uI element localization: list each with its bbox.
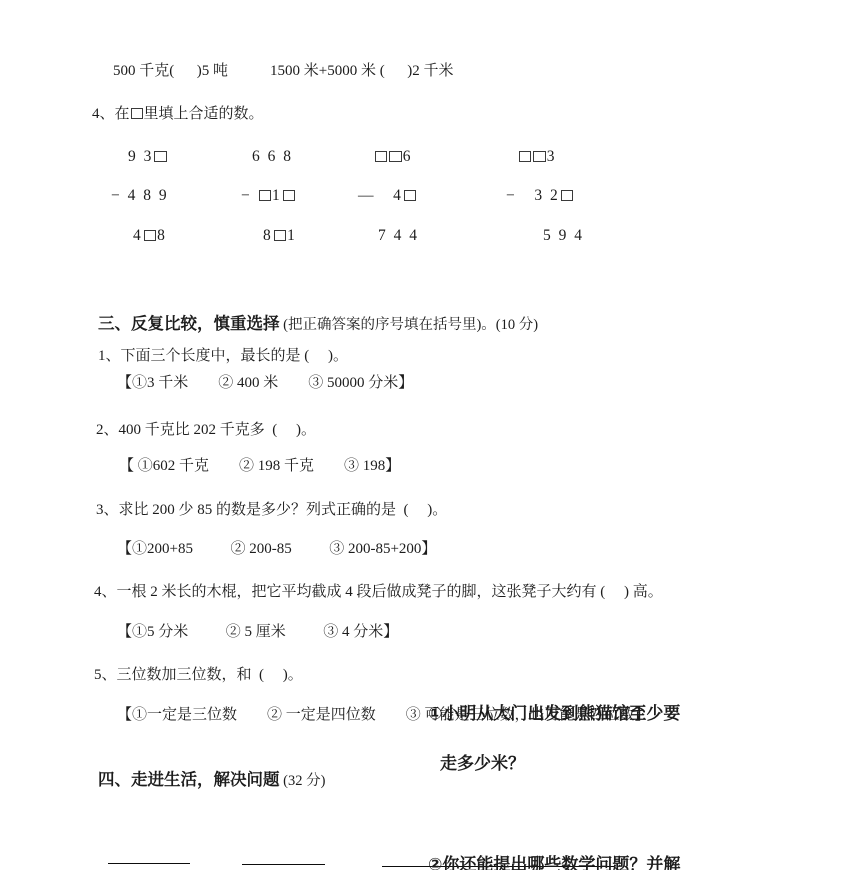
question-1-text: 1、下面三个长度中，最长的是 ( )。 bbox=[98, 346, 348, 366]
section4-heading: 四、走进生活，解决问题 (32 分) bbox=[82, 748, 325, 808]
question-1-options: 【①3 千米 ② 400 米 ③ 50000 分米】 bbox=[117, 373, 413, 393]
section3-subtitle: (把正确答案的序号填在括号里)。(10 分) bbox=[280, 317, 539, 333]
problem-1-difference: 48 bbox=[133, 226, 167, 246]
problem-3-minuend: 6 bbox=[374, 147, 413, 167]
problem-4-difference: 5 9 4 bbox=[543, 226, 584, 246]
problem-1-subtrahend: − 4 8 9 bbox=[111, 186, 169, 206]
overlay-problem1-line2: 走多少米？ bbox=[440, 753, 525, 775]
question-4-text: 4、一根 2 米长的木棍，把它平均截成 4 段后做成凳子的脚，这张凳子大约有 (… bbox=[94, 582, 663, 602]
section3-heading: 三、反复比较，慎重选择 (把正确答案的序号填在括号里)。(10 分) bbox=[82, 292, 538, 352]
question-2-options: 【 ①602 千克 ② 198 千克 ③ 198】 bbox=[119, 456, 400, 476]
fill-boxes-prompt: 4、在里填上合适的数。 bbox=[92, 104, 264, 124]
fill-box bbox=[375, 151, 387, 162]
problem-4-subtrahend: − 3 2 bbox=[506, 186, 574, 206]
section4-title: 四、走进生活，解决问题 bbox=[98, 771, 280, 789]
answer-blank-line-1 bbox=[108, 863, 190, 864]
problem-3-difference: 7 4 4 bbox=[378, 226, 419, 246]
section3-title: 三、反复比较，慎重选择 bbox=[98, 315, 280, 333]
fill-box bbox=[131, 108, 143, 119]
fill-box bbox=[519, 151, 531, 162]
fill-box bbox=[283, 190, 295, 201]
problem-2-subtrahend: − 1 bbox=[241, 186, 296, 206]
fill-box bbox=[561, 190, 573, 201]
question-3-options: 【①200+85 ② 200-85 ③ 200-85+200】 bbox=[117, 539, 436, 559]
section4-score: (32 分) bbox=[280, 773, 326, 789]
fill-box bbox=[533, 151, 545, 162]
fill-box bbox=[389, 151, 401, 162]
fill-box bbox=[404, 190, 416, 201]
problem-3-subtrahend: — 4 bbox=[358, 186, 417, 206]
fill-box bbox=[259, 190, 271, 201]
fill-box bbox=[144, 230, 156, 241]
question-2-text: 2、400 千克比 202 千克多 ( )。 bbox=[96, 420, 316, 440]
problem-4-minuend: 3 bbox=[518, 147, 557, 167]
overlay-problem2-clipped: ②你还能提出哪些数学问题？并解 bbox=[428, 855, 688, 870]
overlay-problem1-line1: ①小明从大门出发到熊猫馆至少要 bbox=[428, 703, 680, 725]
problem-1-minuend: 9 3 bbox=[128, 147, 168, 167]
unit-comparison-right: 1500 米+5000 米 ( )2 千米 bbox=[270, 61, 453, 81]
question-5-text: 5、三位数加三位数，和 ( )。 bbox=[94, 665, 303, 685]
question-3-text: 3、求比 200 少 85 的数是多少？列式正确的是 ( )。 bbox=[96, 500, 447, 520]
answer-blank-line-2 bbox=[242, 864, 325, 865]
unit-comparison-left: 500 千克( )5 吨 bbox=[113, 61, 228, 81]
fill-box bbox=[154, 151, 166, 162]
problem-2-minuend: 6 6 8 bbox=[252, 147, 293, 167]
fill-box bbox=[274, 230, 286, 241]
problem-2-difference: 81 bbox=[263, 226, 297, 246]
question-4-options: 【①5 分米 ② 5 厘米 ③ 4 分米】 bbox=[117, 622, 398, 642]
worksheet-page: 500 千克( )5 吨 1500 米+5000 米 ( )2 千米 4、在里填… bbox=[0, 0, 856, 890]
